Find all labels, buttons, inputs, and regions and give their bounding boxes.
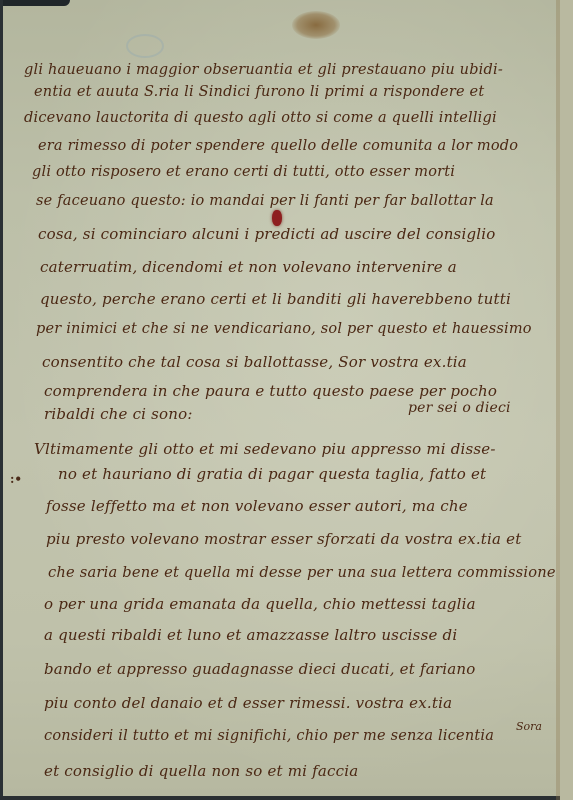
manuscript-line-1: gli haueuano i maggior obseruantia et gl…	[24, 62, 503, 78]
ink-stain	[292, 11, 340, 39]
manuscript-margin-note: per sei o dieci	[408, 400, 511, 416]
manuscript-line-19: o per una grida emanata da quella, chio …	[44, 595, 476, 613]
scan-edge-shadow	[0, 0, 70, 6]
manuscript-line-16: fosse leffetto ma et non volevano esser …	[46, 497, 468, 515]
red-wax-mark	[272, 210, 282, 226]
manuscript-line-22: piu conto del danaio et d esser rimessi.…	[44, 694, 452, 712]
manuscript-line-10: per inimici et che si ne vendicariano, s…	[36, 321, 532, 337]
manuscript-line-24: et consiglio di quella non so et mi facc…	[44, 762, 358, 780]
manuscript-line-2: entia et auuta S.ria li Sindici furono l…	[34, 84, 484, 100]
paper-right-margin	[560, 0, 573, 800]
manuscript-line-18: che saria bene et quella mi desse per un…	[48, 563, 556, 581]
manuscript-supra-note: Sora	[516, 720, 542, 733]
manuscript-line-11: consentito che tal cosa si ballottasse, …	[42, 353, 467, 371]
manuscript-line-17: piu presto volevano mostrar esser sforza…	[46, 530, 521, 548]
manuscript-line-6: se faceuano questo: io mandai per li fan…	[36, 193, 494, 209]
manuscript-line-21: bando et appresso guadagnasse dieci duca…	[44, 660, 475, 678]
manuscript-line-14: Vltimamente gli otto et mi sedevano piu …	[34, 440, 496, 458]
manuscript-line-20: a questi ribaldi et luno et amazzasse la…	[44, 626, 457, 644]
manuscript-line-9: questo, perche erano certi et li banditi…	[40, 290, 511, 308]
manuscript-line-23: consideri il tutto et mi significhi, chi…	[44, 728, 494, 744]
margin-mark: :•	[10, 472, 22, 486]
scan-bottom-edge	[0, 796, 573, 800]
manuscript-line-3: dicevano lauctorita di questo agli otto …	[24, 110, 497, 126]
water-stain-ring	[126, 34, 164, 58]
manuscript-line-7: cosa, si cominciaro alcuni i predicti ad…	[38, 225, 495, 243]
manuscript-line-12: comprendera in che paura e tutto questo …	[44, 382, 497, 400]
manuscript-line-8: caterruatim, dicendomi et non volevano i…	[40, 258, 457, 276]
manuscript-line-15: no et hauriano di gratia di pagar questa…	[58, 465, 486, 483]
scan-left-edge	[0, 0, 3, 800]
manuscript-line-5: gli otto risposero et erano certi di tut…	[32, 164, 455, 180]
manuscript-page: :• gli haueuano i maggior obseruantia et…	[0, 0, 573, 800]
manuscript-line-13: ribaldi che ci sono:	[44, 405, 193, 423]
manuscript-line-4: era rimesso di poter spendere quello del…	[38, 138, 518, 154]
